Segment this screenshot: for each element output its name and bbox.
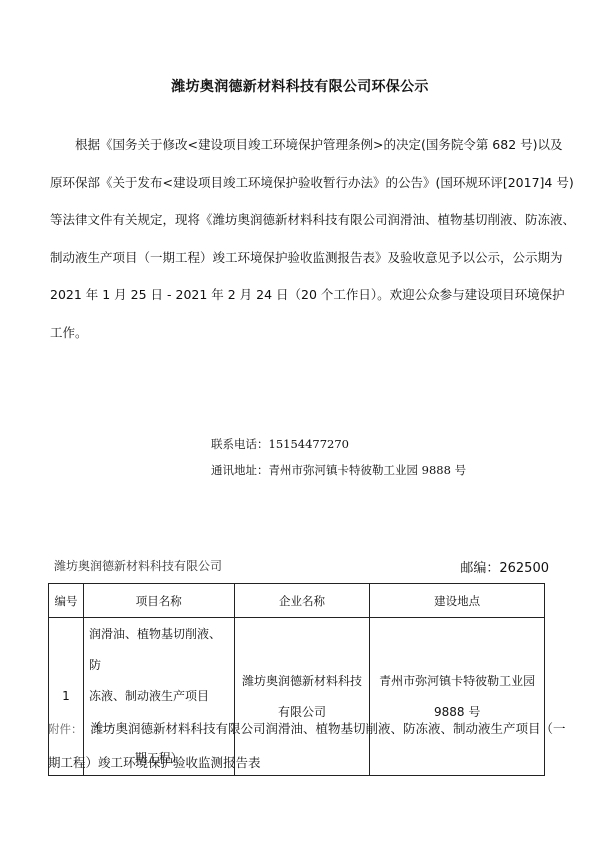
- body-line: 工作。: [50, 314, 550, 352]
- body-line: 2021 年 1 月 25 日 - 2021 年 2 月 24 日（20 个工作…: [50, 276, 550, 314]
- body-line: 制动液生产项目（一期工程）竣工环境保护验收监测报告表》及验收意见予以公示，公示期…: [50, 239, 550, 277]
- enterprise-line: 潍坊奥润德新材料科技: [236, 666, 369, 697]
- attachment-label: 附件：: [48, 722, 83, 736]
- phone-label: 联系电话：: [211, 437, 269, 451]
- header-location: 建设地点: [370, 584, 545, 618]
- address-label: 通讯地址：: [211, 463, 269, 477]
- company-name: 潍坊奥润德新材料科技有限公司: [54, 557, 222, 574]
- attachment-line-2: 期工程）竣工环境保护验收监测报告表: [48, 746, 558, 780]
- table-header-row: 编号 项目名称 企业名称 建设地点: [49, 584, 545, 618]
- phone-value: 15154477270: [269, 437, 349, 451]
- notice-body: 根据《国务关于修改<建设项目竣工环境保护管理条例>的决定(国务院令第 682 号…: [50, 126, 550, 351]
- attachment-line-1: 潍坊奥润德新材料科技有限公司润滑油、植物基切削液、防冻液、制动液生产项目（一: [91, 721, 566, 736]
- header-project-name: 项目名称: [83, 584, 234, 618]
- contact-phone: 联系电话：15154477270: [211, 436, 349, 452]
- contact-address: 通讯地址：青州市弥河镇卡特彼勒工业园 9888 号: [211, 462, 466, 478]
- body-line: 根据《国务关于修改<建设项目竣工环境保护管理条例>的决定(国务院令第 682 号…: [50, 126, 550, 164]
- header-enterprise-name: 企业名称: [234, 584, 370, 618]
- company-postcode-line: 潍坊奥润德新材料科技有限公司 邮编：262500: [48, 557, 545, 577]
- location-line: 青州市弥河镇卡特彼勒工业园: [371, 666, 543, 697]
- body-line: 等法律文件有关规定，现将《潍坊奥润德新材料科技有限公司润滑油、植物基切削液、防冻…: [50, 201, 550, 239]
- body-line: 原环保部《关于发布<建设项目竣工环境保护验收暂行办法》的公告》(国环规环评[20…: [50, 164, 550, 202]
- address-value: 青州市弥河镇卡特彼勒工业园 9888 号: [269, 463, 467, 477]
- project-line: 润滑油、植物基切削液、防: [85, 619, 233, 681]
- attachment-note: 附件：潍坊奥润德新材料科技有限公司润滑油、植物基切削液、防冻液、制动液生产项目（…: [48, 712, 558, 780]
- postcode: 邮编：262500: [460, 557, 549, 576]
- page-title: 潍坊奥润德新材料科技有限公司环保公示: [0, 76, 600, 96]
- header-number: 编号: [49, 584, 84, 618]
